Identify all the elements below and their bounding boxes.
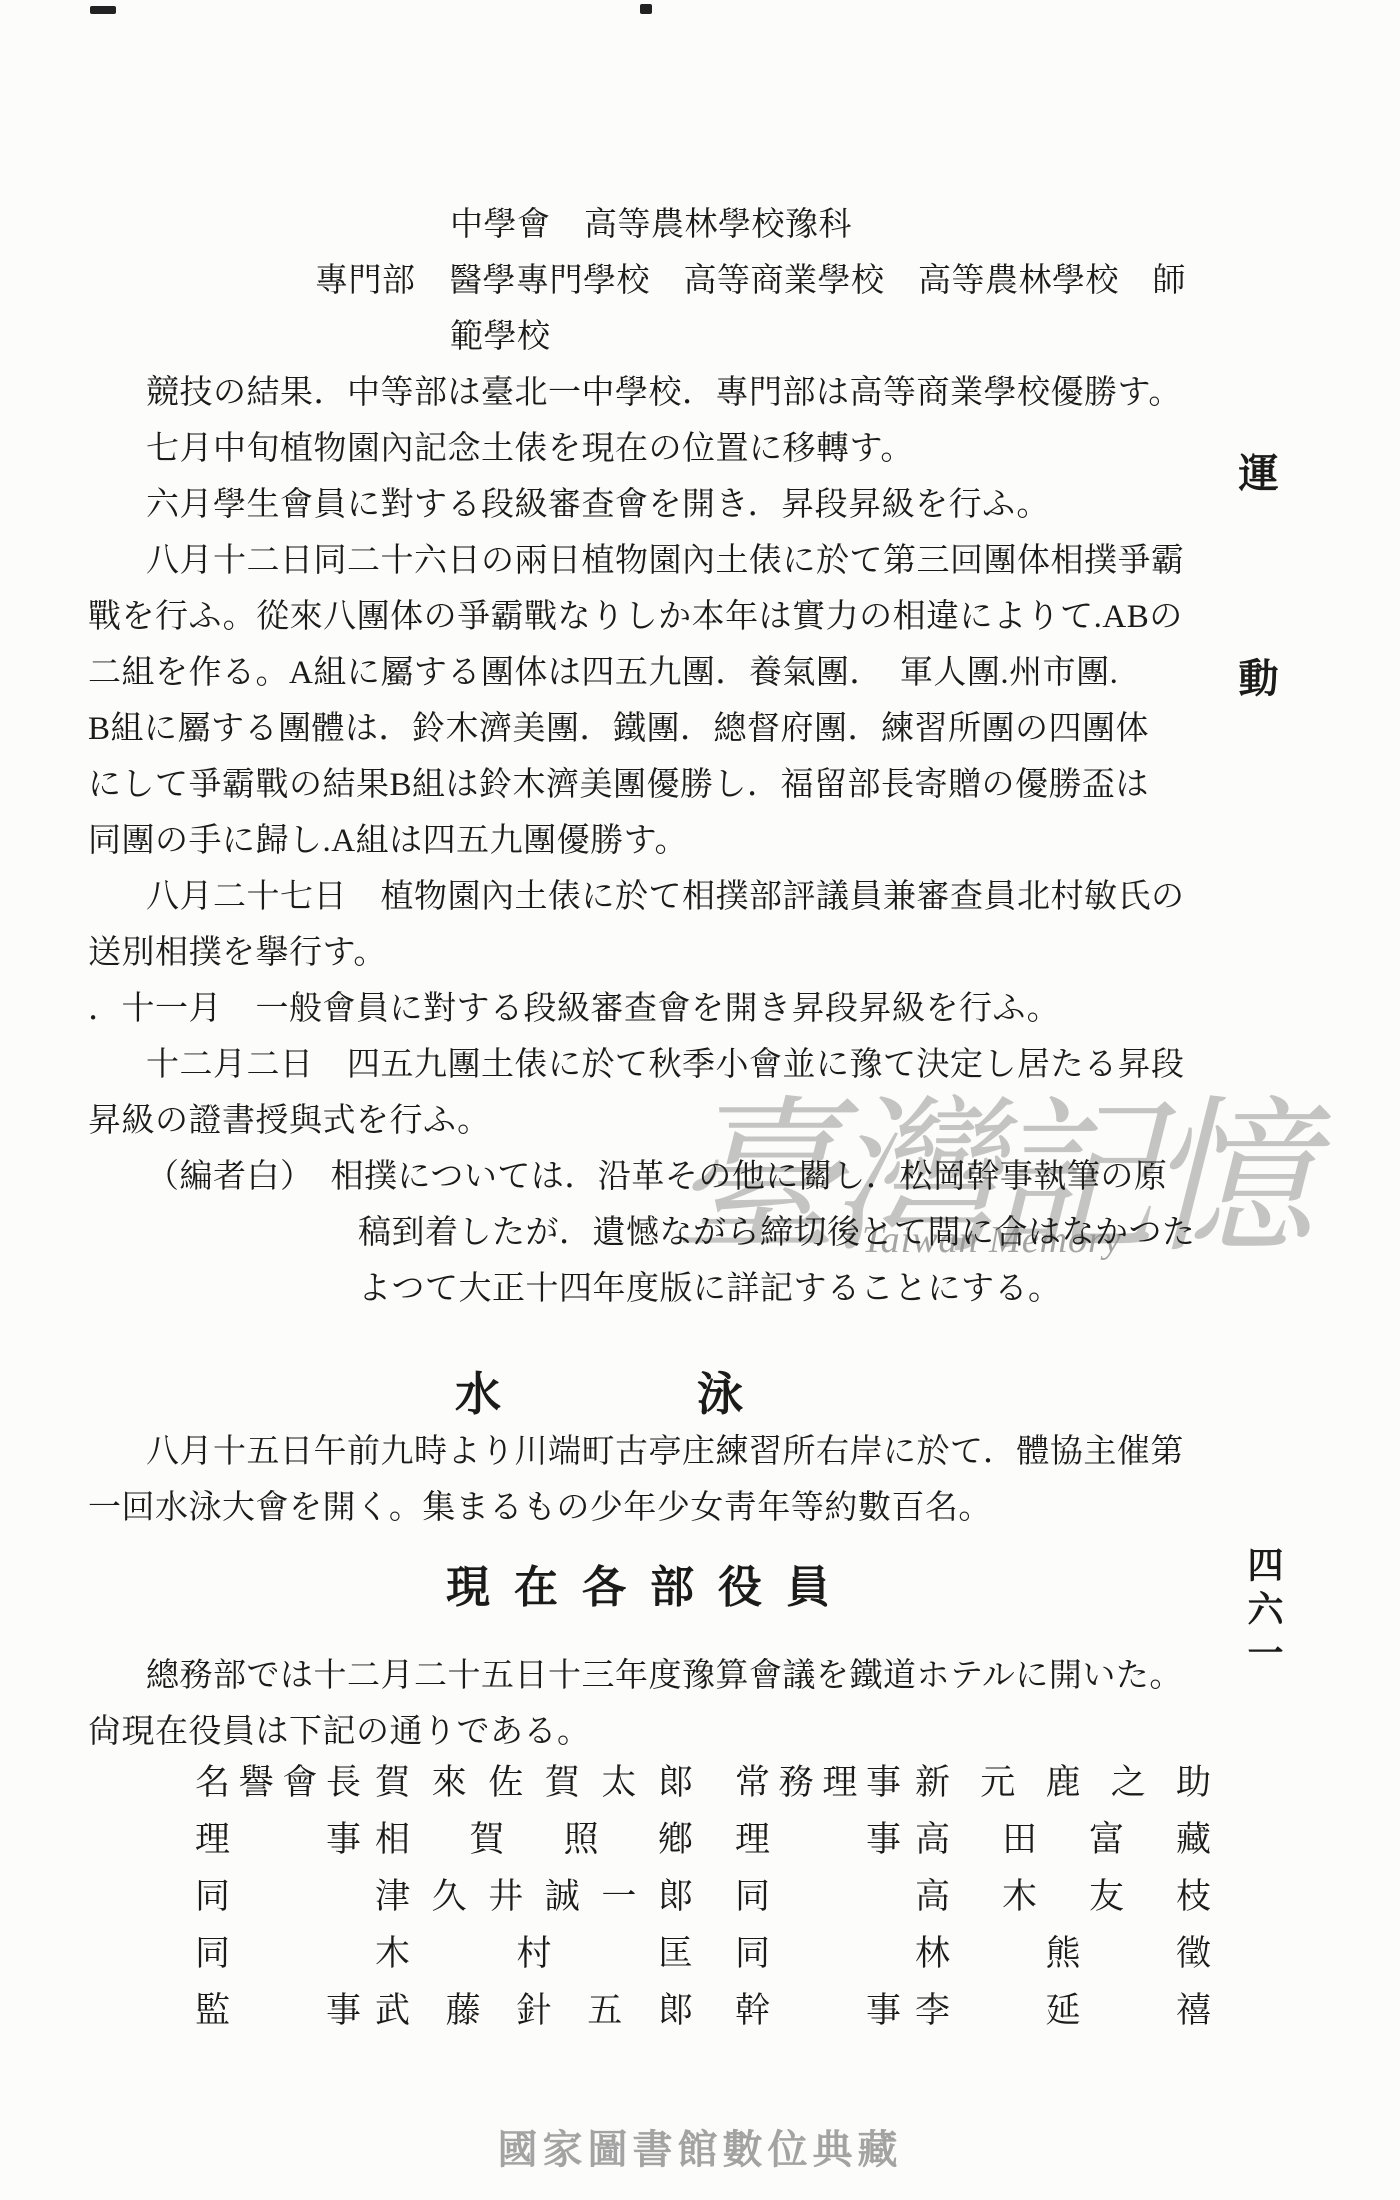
officer-row: 同 木村匡 同 林熊徵 [88,1925,1218,1982]
officer-name-right: 林熊徵 [915,1925,1211,1982]
officer-row: 監事 武藤針五郞 幹事 李延禧 [88,1982,1218,2039]
document-line: 範學校 [450,309,1198,365]
document-line: 昇級の證書授與式を行ふ。 [88,1093,1198,1149]
officers-intro-lines: 總務部では十二月二十五日十三年度豫算會議を鐵道ホテルに開いた。 尙現在役員は下記… [88,1648,1198,1760]
scanned-document-page: 臺灣記憶 Taiwan Memory 運動 四六一 中學會 高等農林學校豫科 專… [0,0,1400,2200]
document-line: 七月中旬植物園內記念土俵を現在の位置に移轉す。 [146,421,1198,477]
officer-name-left: 津久井誠一郞 [375,1868,693,1925]
officer-name-right: 李延禧 [915,1982,1211,2039]
sumo-section-lines: 中學會 高等農林學校豫科 專門部 醫學專門學校 高等商業學校 高等農林學校 師 … [88,197,1198,1317]
officer-name-left: 武藤針五郞 [375,1982,693,2039]
document-line: 稿到着したが．遺憾ながら締切後とて間に合はなかつた [358,1205,1198,1261]
officer-title-left: 同 [195,1868,361,1925]
officer-title-right: 同 [735,1868,901,1925]
officer-name-left: 相賀照鄕 [375,1811,693,1868]
officer-row: 同 津久井誠一郞 同 高木友枝 [88,1868,1218,1925]
officer-title-right: 常務理事 [735,1754,901,1811]
document-line: よつて大正十四年度版に詳記することにする。 [358,1261,1198,1317]
document-line: 總務部では十二月二十五日十三年度豫算會議を鐵道ホテルに開いた。 [146,1648,1198,1704]
officer-name-right: 高田富藏 [915,1811,1211,1868]
officer-title-right: 同 [735,1925,901,1982]
officer-name-right: 高木友枝 [915,1868,1211,1925]
officer-title-right: 幹事 [735,1982,901,2039]
officer-title-left: 理事 [195,1811,361,1868]
section-heading-swimming: 水泳 [455,1362,743,1428]
document-line: 十二月二日 四五九團土俵に於て秋季小會並に豫て決定し居たる昇段 [146,1037,1198,1093]
document-line: B組に屬する團體は．鈴木濟美團．鐵團．總督府團．練習所團の四團体 [88,701,1198,757]
document-line: 專門部 醫學專門學校 高等商業學校 高等農林學校 師 [315,253,1198,309]
section-heading-current-officers: 現在各部役員 [446,1558,854,1618]
document-line: にして爭霸戰の結果B組は鈴木濟美團優勝し．福留部長寄贈の優勝盃は [88,757,1198,813]
scan-artifact-speck [640,4,652,14]
document-line: 六月學生會員に對する段級審查會を開き．昇段昇級を行ふ。 [146,477,1198,533]
document-line: （編者白） 相撲については．沿革その他に關し．松岡幹事執筆の原 [146,1149,1198,1205]
officer-title-right: 理事 [735,1811,901,1868]
archive-footer-label: 國家圖書館數位典藏 [0,2118,1400,2175]
document-line: 尙現在役員は下記の通りである。 [88,1704,1198,1760]
document-line: 八月十五日午前九時より川端町古亭庄練習所右岸に於て．體協主催第 [146,1424,1198,1480]
margin-section-label-vertical: 運動 [1227,452,1284,862]
officer-title-left: 同 [195,1925,361,1982]
officer-name-left: 木村匡 [375,1925,693,1982]
document-line: 戰を行ふ。從來八團体の爭霸戰なりしか本年は實力の相違によりて.ABの [88,589,1198,645]
officer-name-right: 新元鹿之助 [915,1754,1211,1811]
document-line: ．十一月 一般會員に對する段級審查會を開き昇段昇級を行ふ。 [88,981,1198,1037]
document-line: 八月二十七日 植物園內土俵に於て相撲部評議員兼審查員北村敏氏の [146,869,1198,925]
document-line: 一回水泳大會を開く。集まるもの少年少女靑年等約數百名。 [88,1480,1198,1536]
document-line: 二組を作る。A組に屬する團体は四五九團．養氣團． 軍人團.州市團. [88,645,1198,701]
officer-title-left: 監事 [195,1982,361,2039]
swimming-section-lines: 八月十五日午前九時より川端町古亭庄練習所右岸に於て．體協主催第 一回水泳大會を開… [88,1424,1198,1536]
document-line: 八月十二日同二十六日の兩日植物園內土俵に於て第三回團体相撲爭霸 [146,533,1198,589]
officer-row: 理事 相賀照鄕 理事 高田富藏 [88,1811,1218,1868]
officer-row: 名譽會長 賀來佐賀太郞 常務理事 新元鹿之助 [88,1754,1218,1811]
margin-page-number-vertical: 四六一 [1238,1546,1289,1678]
document-line: 同團の手に歸し.A組は四五九團優勝す。 [88,813,1198,869]
document-line: 競技の結果．中等部は臺北一中學校．專門部は高等商業學校優勝す。 [146,365,1198,421]
officer-roster: 名譽會長 賀來佐賀太郞 常務理事 新元鹿之助 理事 相賀照鄕 理事 高田富藏 同… [88,1754,1218,2039]
officer-title-left: 名譽會長 [195,1754,361,1811]
document-line: 中學會 高等農林學校豫科 [450,197,1198,253]
document-line: 送別相撲を擧行す。 [88,925,1198,981]
officer-name-left: 賀來佐賀太郞 [375,1754,693,1811]
scan-artifact-speck [90,6,116,14]
